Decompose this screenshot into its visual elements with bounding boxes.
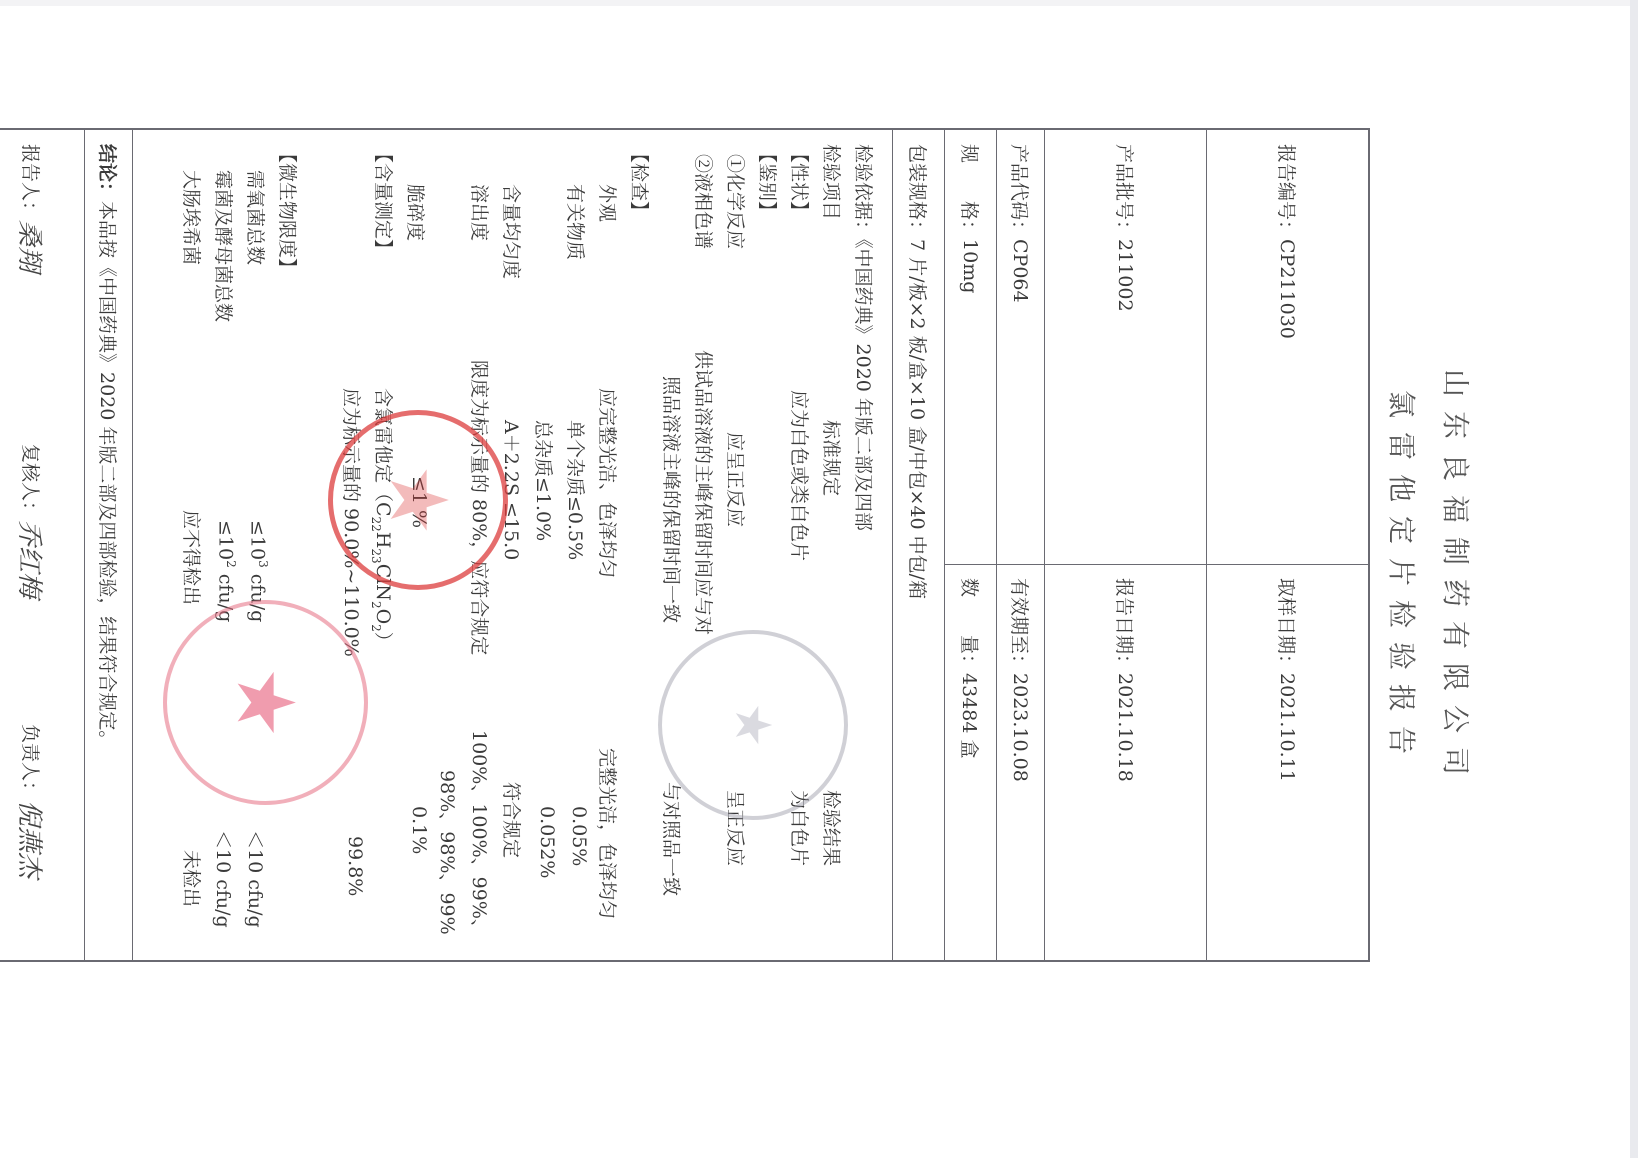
- inspection-item-result: 符合规定: [499, 782, 526, 858]
- inspection-item-standard: 单个杂质≤0.5%: [563, 420, 590, 560]
- product-code-value: CP064: [1010, 239, 1032, 303]
- row-conclusion: 结论： 本品按《中国药典》2020 年版二部及四部检验，结果符合规定。: [84, 130, 132, 960]
- packaging-label: 包装规格：: [905, 144, 932, 239]
- row-signatures: 报告人： 桑翔 复核人： 乔红梅 负责人： 倪燕杰: [0, 130, 84, 960]
- inspection-report-page: 山东良福制药有限公司 氯雷他定片检验报告 报告编号： CP211030 取样日期…: [0, 0, 1638, 1158]
- assay-standard-line2: 应为标示量的 90.0%~110.0%: [339, 388, 366, 657]
- inspection-item-standard: A＋2.2S ≤15.0: [499, 420, 526, 560]
- report-no-label: 报告编号：: [1274, 144, 1301, 239]
- basis-value: 《中国药典》2020 年版二部及四部: [852, 239, 874, 531]
- microbial-item-standard: ≤103 cfu/g: [247, 520, 270, 622]
- microbial-item-standard: ≤102 cfu/g: [215, 520, 238, 622]
- report-no-value: CP211030: [1277, 239, 1299, 339]
- inspection-item-name: 脆碎度: [403, 184, 430, 241]
- assay-standard: 含氯雷他定（C22H23ClN2O2）: [369, 388, 398, 651]
- packaging-cell: 包装规格： 7 片/板×2 板/盒×10 盒/中包×40 中包/箱: [893, 130, 944, 964]
- quantity-cell: 数 量： 43484 盒: [945, 564, 996, 964]
- ident-item-standard: 供试品溶液的主峰保留时间应与对: [691, 350, 718, 635]
- row-packaging: 包装规格： 7 片/板×2 板/盒×10 盒/中包×40 中包/箱: [892, 130, 944, 960]
- assay-section-title: 【含量测定】: [371, 144, 398, 258]
- inspection-item-standard: 应完整光洁、色泽均匀: [595, 388, 622, 578]
- inspection-item-name: 含量均匀度: [499, 184, 526, 279]
- conclusion-cell: 结论： 本品按《中国药典》2020 年版二部及四部检验，结果符合规定。: [85, 130, 132, 964]
- identification-section-title: 【鉴别】: [755, 144, 782, 220]
- quantity-label: 数 量：: [957, 578, 984, 673]
- report-no-cell: 报告编号： CP211030: [1207, 130, 1368, 564]
- inspection-item-result: 完整光洁，色泽均匀: [595, 748, 622, 919]
- microbial-item-result: 未检出: [179, 850, 206, 907]
- sampling-date-value: 2021.10.11: [1277, 673, 1299, 782]
- basis-line: 检验依据：《中国药典》2020 年版二部及四部: [851, 144, 878, 531]
- appearance-result: 为白色片: [787, 790, 814, 866]
- inspection-item-result: 0.1%: [408, 806, 430, 854]
- batch-no-cell: 产品批号： 211002: [1045, 130, 1206, 564]
- row-batch: 产品批号： 211002 报告日期： 2021.10.18: [1044, 130, 1206, 960]
- appearance-section-title: 【性状】: [787, 144, 814, 220]
- reviewer-label: 复核人：: [19, 444, 46, 520]
- appearance-standard: 应为白色或类白色片: [787, 390, 814, 561]
- inspection-item-name: 溶出度: [467, 184, 494, 241]
- ident-item-standard-line2: 照品溶液主峰的保留时间一致: [659, 376, 686, 623]
- expiry-cell: 有效期至： 2023.10.08: [997, 564, 1044, 964]
- ident-item-name: ②液相色谱: [691, 154, 718, 249]
- packaging-value: 7 片/板×2 板/盒×10 盒/中包×40 中包/箱: [905, 239, 932, 599]
- results-body: 检验依据：《中国药典》2020 年版二部及四部 检验项目 标准规定 检验结果 【…: [132, 130, 892, 960]
- reviewer-signature: 乔红梅: [14, 520, 51, 598]
- ident-item-name: ①化学反应: [723, 154, 750, 249]
- conclusion-label: 结论：: [95, 144, 122, 201]
- inspection-item-standard: 限度为标示量的 80%，应符合规定: [467, 360, 494, 655]
- row-product-code: 产品代码： CP064 有效期至： 2023.10.08: [996, 130, 1044, 960]
- spec-cell: 规 格： 10mg: [945, 130, 996, 564]
- batch-no-value: 211002: [1115, 239, 1137, 312]
- inspection-item-result: 100%、100%、99%、: [467, 730, 494, 938]
- microbial-item-standard: 应不得检出: [179, 510, 206, 605]
- ident-item-result: 与对照品一致: [659, 782, 686, 896]
- column-result-header: 检验结果: [819, 790, 846, 866]
- batch-no-label: 产品批号：: [1112, 144, 1139, 239]
- report-date-label: 报告日期：: [1112, 578, 1139, 673]
- microbial-item-result: ＜10 cfu/g: [243, 830, 270, 928]
- inspection-item-result-line2: 0.052%: [536, 806, 558, 878]
- assay-result: 99.8%: [344, 836, 366, 896]
- microbial-item-name: 大肠埃希菌: [179, 170, 206, 265]
- basis-label: 检验依据：: [852, 144, 874, 239]
- sampling-date-cell: 取样日期： 2021.10.11: [1207, 564, 1368, 964]
- row-report-no: 报告编号： CP211030 取样日期： 2021.10.11: [1206, 130, 1368, 960]
- microbial-item-name: 需氧菌总数: [243, 170, 270, 265]
- spec-value: 10mg: [960, 239, 982, 293]
- report-table: 报告编号： CP211030 取样日期： 2021.10.11 产品批号： 21…: [0, 128, 1370, 962]
- column-item-header: 检验项目: [819, 144, 846, 220]
- product-code-cell: 产品代码： CP064: [997, 130, 1044, 564]
- report-title: 氯雷他定片检验报告: [1383, 0, 1423, 1158]
- inspection-item-standard-line2: 总杂质≤1.0%: [531, 420, 558, 541]
- row-spec: 规 格： 10mg 数 量： 43484 盒: [944, 130, 996, 960]
- reporter-signature: 桑翔: [14, 220, 51, 272]
- inspection-section-title: 【检查】: [627, 144, 654, 220]
- responsible-signature: 倪燕杰: [14, 800, 51, 878]
- expiry-value: 2023.10.08: [1010, 673, 1032, 782]
- sampling-date-label: 取样日期：: [1274, 578, 1301, 673]
- reviewer-cell: 复核人： 乔红梅: [0, 430, 84, 710]
- reporter-label: 报告人：: [19, 144, 46, 220]
- product-code-label: 产品代码：: [1007, 144, 1034, 239]
- inspection-item-standard: ≤1 %: [408, 476, 430, 528]
- ident-item-result: 呈正反应: [723, 790, 750, 866]
- inspection-item-name: 有关物质: [563, 184, 590, 260]
- inspection-item-result-line2: 98%、98%、99%: [435, 770, 462, 935]
- report-date-cell: 报告日期： 2021.10.18: [1045, 564, 1206, 964]
- conclusion-text: 本品按《中国药典》2020 年版二部及四部检验，结果符合规定。: [95, 201, 122, 749]
- spec-label: 规 格：: [957, 144, 984, 239]
- ident-item-standard: 应呈正反应: [723, 432, 750, 527]
- microbial-item-name: 霉菌及酵母菌总数: [211, 170, 238, 322]
- inspection-item-name: 外观: [595, 184, 622, 222]
- report-date-value: 2021.10.18: [1115, 673, 1137, 782]
- responsible-cell: 负责人： 倪燕杰: [0, 710, 84, 964]
- expiry-label: 有效期至：: [1007, 578, 1034, 673]
- microbial-item-result: ＜10 cfu/g: [211, 830, 238, 928]
- reporter-cell: 报告人： 桑翔: [0, 130, 84, 430]
- quantity-value: 43484 盒: [957, 673, 984, 758]
- company-name: 山东良福制药有限公司: [1437, 0, 1477, 1158]
- inspection-item-result: 0.05%: [568, 806, 590, 866]
- column-standard-header: 标准规定: [819, 420, 846, 496]
- microbial-section-title: 【微生物限度】: [275, 144, 302, 277]
- responsible-label: 负责人：: [19, 724, 46, 800]
